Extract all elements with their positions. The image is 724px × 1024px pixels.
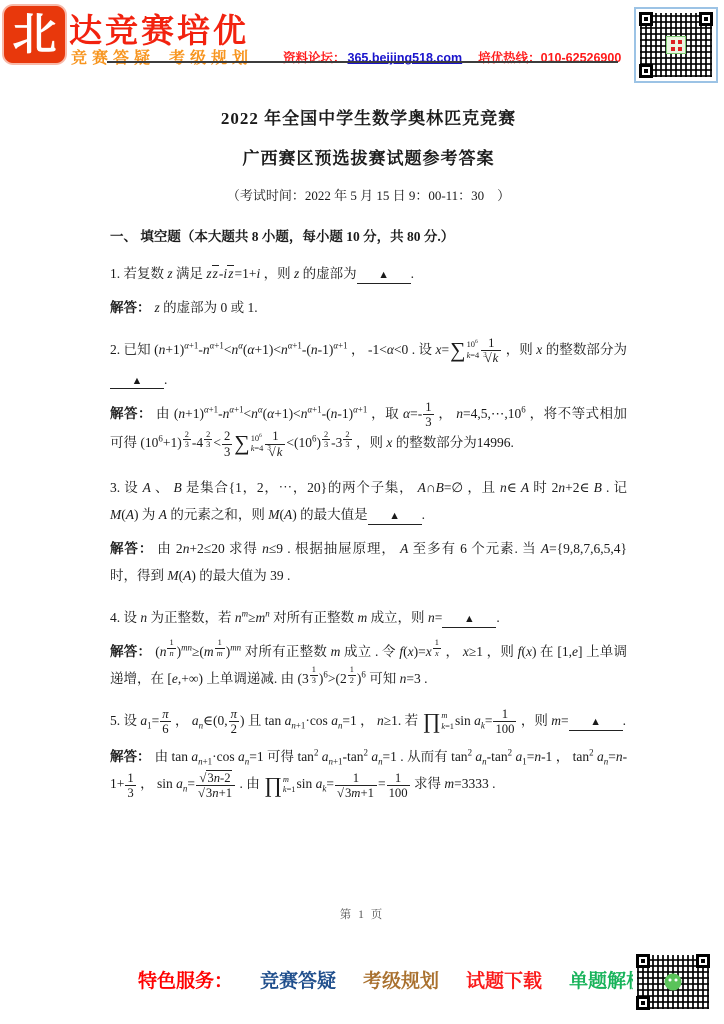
qr-code-top <box>634 7 718 83</box>
document-page: 北 达竞赛培优 竞赛答疑考级规划 资料论坛：365.beijing518.com… <box>0 0 724 1024</box>
qr-finder-icon <box>639 64 653 78</box>
solution-4: 解答：(n1n)mn≥(m1m)mn 对所有正整数 m 成立 . 令 f(x)=… <box>110 638 627 692</box>
qr-code-bottom <box>633 951 713 1013</box>
question-1: 1. 若复数 z 满足 zz-iz=1+i ，则 z 的虚部为▲. <box>110 260 627 287</box>
exam-time: （考试时间：2022 年 5 月 15 日 9：00-11：30 ） <box>110 185 627 204</box>
qr-finder-icon <box>636 954 650 968</box>
qr-finder-icon <box>696 954 710 968</box>
service-item-competition-qa[interactable]: 竞赛答疑 <box>260 966 336 993</box>
qr-center-badge <box>666 36 686 54</box>
solution-4-text: (n1n)mn≥(m1m)mn 对所有正整数 m 成立 . 令 f(x)=x1x… <box>110 644 627 686</box>
tagline-right: 考级规划 <box>169 50 253 67</box>
solution-5-text: 由 tan an+1·cos an=1 可得 tan2 an+1-tan2 an… <box>110 749 627 791</box>
header-info: 资料论坛：365.beijing518.com培优热线：010-62526900 <box>283 48 621 66</box>
tagline-left: 竞赛答疑 <box>71 50 155 67</box>
service-item-grade-planning[interactable]: 考级规划 <box>363 966 439 993</box>
qr-finder-icon <box>636 996 650 1010</box>
brand-logo-seal: 北 <box>4 6 65 63</box>
solution-1-text: z 的虚部为 0 或 1. <box>155 300 258 315</box>
page-title: 2022 年全国中学生数学奥林匹克竞赛 <box>110 104 627 129</box>
header-divider <box>107 61 618 63</box>
solution-label: 解答： <box>110 644 151 659</box>
page-number: 第 1 页 <box>0 906 724 922</box>
logo-character: 北 <box>13 13 57 57</box>
solution-label: 解答： <box>110 300 151 315</box>
services-label: 特色服务： <box>138 966 233 993</box>
page-subtitle: 广西赛区预选拔赛试题参考答案 <box>110 144 627 169</box>
section-heading: 一、 填空题（本大题共 8 小题，每小题 10 分，共 80 分.） <box>110 225 627 245</box>
question-4: 4. 设 n 为正整数，若 nm≥mn 对所有正整数 m 成立，则 n=▲. <box>110 604 627 631</box>
question-3: 3. 设 A 、 B 是集合{1，2，⋯，20}的两个子集， A∩B=∅ ，且 … <box>110 474 627 528</box>
solution-2-text: 由 (n+1)α+1-nα+1<nα(α+1)<nα+1-(n-1)α+1 ，取… <box>110 406 627 451</box>
brand-tagline: 竞赛答疑考级规划 <box>71 45 267 68</box>
solution-label: 解答： <box>110 749 151 764</box>
question-5: 5. 设 a1=π6 ， an∈(0,π2) 且 tan an+1·cos an… <box>110 707 627 737</box>
wechat-icon <box>665 974 682 991</box>
solution-3: 解答：由 2n+2≤20 求得 n≤9 . 根据抽屉原理， A 至多有 6 个元… <box>110 535 627 589</box>
solution-3-text: 由 2n+2≤20 求得 n≤9 . 根据抽屉原理， A 至多有 6 个元素. … <box>110 541 627 583</box>
solution-5: 解答：由 tan an+1·cos an=1 可得 tan2 an+1-tan2… <box>110 743 627 800</box>
document-content: 2022 年全国中学生数学奥林匹克竞赛 广西赛区预选拔赛试题参考答案 （考试时间… <box>110 96 627 800</box>
qr-finder-icon <box>639 12 653 26</box>
solution-1: 解答：z 的虚部为 0 或 1. <box>110 294 627 321</box>
solution-label: 解答： <box>110 406 152 421</box>
question-2: 2. 已知 (n+1)α+1-nα+1<nα(α+1)<nα+1-(n-1)α+… <box>110 336 627 393</box>
footer-services: 特色服务： 竞赛答疑 考级规划 试题下载 单题解析 <box>138 966 645 993</box>
service-item-paper-download[interactable]: 试题下载 <box>466 966 542 993</box>
solution-label: 解答： <box>110 541 153 556</box>
solution-2: 解答：由 (n+1)α+1-nα+1<nα(α+1)<nα+1-(n-1)α+1… <box>110 400 627 459</box>
qr-finder-icon <box>699 12 713 26</box>
